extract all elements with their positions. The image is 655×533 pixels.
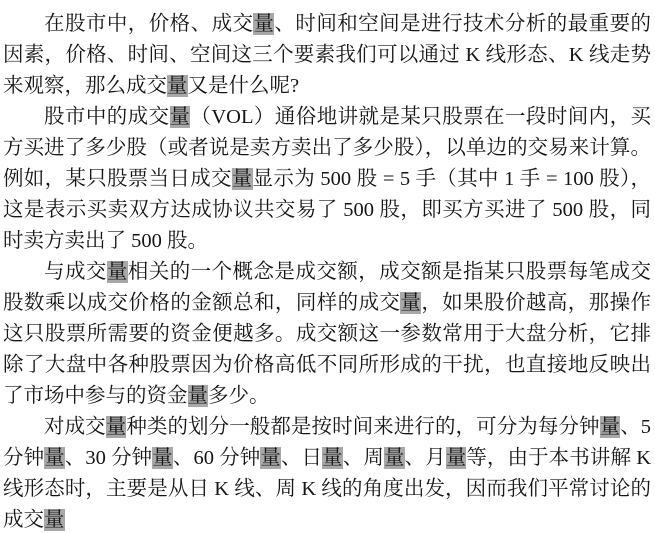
search-highlight: 量 xyxy=(322,447,343,469)
search-highlight: 量 xyxy=(107,261,128,283)
search-highlight: 量 xyxy=(44,447,65,469)
search-highlight: 量 xyxy=(188,385,209,407)
paragraph-volume-definition: 股市中的成交量（VOL）通俗地讲就是某只股票在一段时间内，买方买进了多少股（或者… xyxy=(3,102,651,257)
search-highlight: 量 xyxy=(44,509,65,531)
paragraph-volume-types: 对成交量种类的划分一般都是按时间来进行的，可分为每分钟量、5 分钟量、30 分钟… xyxy=(3,412,651,533)
search-highlight: 量 xyxy=(253,13,274,35)
search-highlight: 量 xyxy=(232,168,253,190)
paragraph-volume-intro: 在股市中，价格、成交量、时间和空间是进行技术分析的最重要的因素，价格、时间、空间… xyxy=(3,9,651,102)
search-highlight: 量 xyxy=(152,447,173,469)
search-highlight: 量 xyxy=(167,75,188,97)
search-highlight: 量 xyxy=(600,416,621,438)
search-highlight: 量 xyxy=(384,447,405,469)
search-highlight: 量 xyxy=(260,447,281,469)
paragraph-turnover-concept: 与成交量相关的一个概念是成交额，成交额是指某只股票每笔成交股数乘以成交价格的金额… xyxy=(3,257,651,412)
search-highlight: 量 xyxy=(106,416,127,438)
search-highlight: 量 xyxy=(446,447,467,469)
search-highlight: 量 xyxy=(170,106,191,128)
search-highlight: 量 xyxy=(400,292,421,314)
document-page: 在股市中，价格、成交量、时间和空间是进行技术分析的最重要的因素，价格、时间、空间… xyxy=(0,0,655,533)
